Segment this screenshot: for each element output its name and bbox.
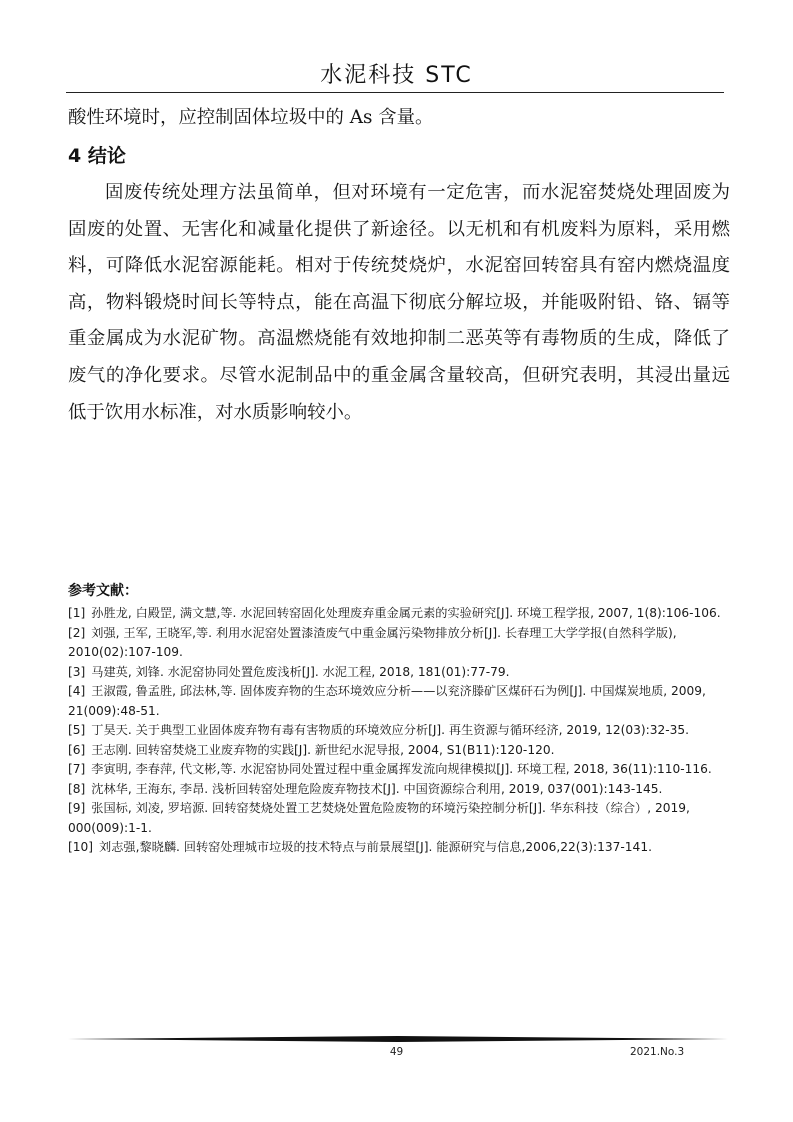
- reference-number: [3]: [68, 665, 85, 679]
- reference-number: [10]: [68, 840, 93, 854]
- reference-text: 张国标, 刘凌, 罗培源. 回转窑焚烧处置工艺焚烧处置危险废物的环境污染控制分析…: [68, 801, 690, 835]
- reference-text: 沈林华, 王海东, 李昂. 浅析回转窑处理危险废弃物技术[J]. 中国资源综合利…: [91, 782, 662, 796]
- reference-text: 刘强, 王军, 王晓军,等. 利用水泥窑处置漆渣废气中重金属污染物排放分析[J]…: [68, 626, 677, 660]
- reference-number: [2]: [68, 626, 85, 640]
- conclusion-paragraph: 固废传统处理方法虽简单，但对环境有一定危害，而水泥窑焚烧处理固废为固废的处置、无…: [68, 175, 730, 431]
- reference-item: [5]丁昊天. 关于典型工业固体废弃物有毒有害物质的环境效应分析[J]. 再生资…: [68, 721, 730, 741]
- reference-item: [8]沈林华, 王海东, 李昂. 浅析回转窑处理危险废弃物技术[J]. 中国资源…: [68, 780, 730, 800]
- reference-item: [4]王淑霞, 鲁孟胜, 邱法林,等. 固体废弃物的生态环境效应分析——以兖济滕…: [68, 682, 730, 721]
- footer-tapered-divider: [68, 1036, 728, 1042]
- reference-item: [3]马建英, 刘锋. 水泥窑协同处置危废浅析[J]. 水泥工程, 2018, …: [68, 663, 730, 683]
- issue-label: 2021.No.3: [630, 1046, 684, 1058]
- reference-text: 马建英, 刘锋. 水泥窑协同处置危废浅析[J]. 水泥工程, 2018, 181…: [91, 665, 509, 679]
- journal-header-title: 水泥科技 STC: [0, 58, 793, 89]
- reference-number: [9]: [68, 801, 85, 815]
- reference-number: [5]: [68, 723, 85, 737]
- reference-text: 王淑霞, 鲁孟胜, 邱法林,等. 固体废弃物的生态环境效应分析——以兖济滕矿区煤…: [68, 684, 706, 718]
- reference-number: [8]: [68, 782, 85, 796]
- reference-item: [9]张国标, 刘凌, 罗培源. 回转窑焚烧处置工艺焚烧处置危险废物的环境污染控…: [68, 799, 730, 838]
- reference-number: [7]: [68, 762, 85, 776]
- continuation-text: 酸性环境时，应控制固体垃圾中的 As 含量。: [68, 100, 730, 137]
- reference-item: [1]孙胜龙, 白殿罡, 满文慧,等. 水泥回转窑固化处理废弃重金属元素的实验研…: [68, 604, 730, 624]
- reference-number: [6]: [68, 743, 85, 757]
- reference-text: 丁昊天. 关于典型工业固体废弃物有毒有害物质的环境效应分析[J]. 再生资源与循…: [91, 723, 689, 737]
- section-heading-conclusion: 4 结论: [68, 141, 126, 168]
- reference-item: [7]李寅明, 李春萍, 代文彬,等. 水泥窑协同处置过程中重金属挥发流向规律模…: [68, 760, 730, 780]
- reference-number: [1]: [68, 606, 85, 620]
- reference-item: [10]刘志强,黎晓麟. 回转窑处理城市垃圾的技术特点与前景展望[J]. 能源研…: [68, 838, 730, 858]
- references-heading: 参考文献：: [68, 580, 138, 600]
- reference-number: [4]: [68, 684, 85, 698]
- references-list: [1]孙胜龙, 白殿罡, 满文慧,等. 水泥回转窑固化处理废弃重金属元素的实验研…: [68, 604, 730, 858]
- reference-item: [2]刘强, 王军, 王晓军,等. 利用水泥窑处置漆渣废气中重金属污染物排放分析…: [68, 624, 730, 663]
- reference-text: 王志刚. 回转窑焚烧工业废弃物的实践[J]. 新世纪水泥导报, 2004, S1…: [91, 743, 554, 757]
- reference-text: 孙胜龙, 白殿罡, 满文慧,等. 水泥回转窑固化处理废弃重金属元素的实验研究[J…: [91, 606, 720, 620]
- reference-text: 李寅明, 李春萍, 代文彬,等. 水泥窑协同处置过程中重金属挥发流向规律模拟[J…: [91, 762, 711, 776]
- reference-item: [6]王志刚. 回转窑焚烧工业废弃物的实践[J]. 新世纪水泥导报, 2004,…: [68, 741, 730, 761]
- header-divider: [66, 92, 724, 93]
- reference-text: 刘志强,黎晓麟. 回转窑处理城市垃圾的技术特点与前景展望[J]. 能源研究与信息…: [99, 840, 652, 854]
